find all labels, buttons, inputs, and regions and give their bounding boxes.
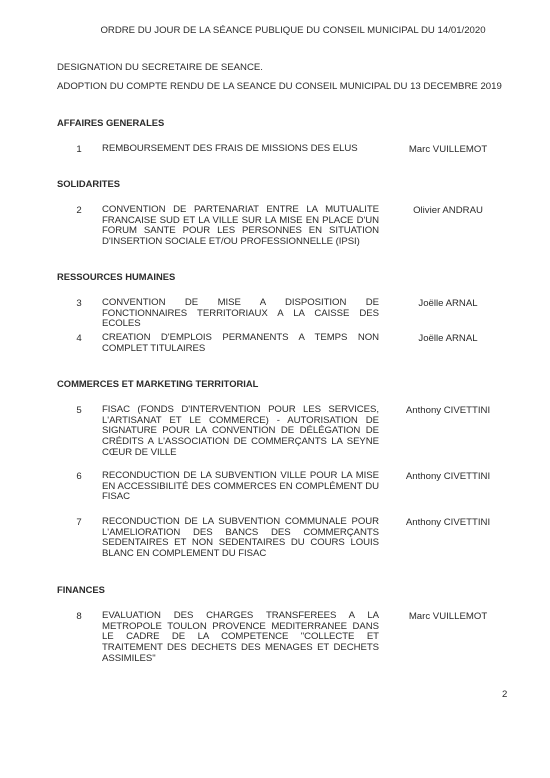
item-number: 8: [74, 611, 84, 622]
item-rapporteur: Joëlle ARNAL: [392, 298, 504, 309]
item-number: 1: [74, 144, 84, 155]
item-rapporteur: Anthony CIVETTINI: [392, 517, 504, 528]
section-heading: COMMERCES ET MARKETING TERRITORIAL: [57, 378, 258, 389]
item-number: 3: [74, 298, 84, 309]
item-text: EVALUATION DES CHARGES TRANSFEREES A LA …: [102, 611, 379, 665]
item-text: RECONDUCTION DE LA SUBVENTION VILLE POUR…: [102, 471, 379, 503]
item-number: 4: [74, 333, 84, 344]
item-text: CONVENTION DE PARTENARIAT ENTRE LA MUTUA…: [102, 205, 379, 248]
intro-designation: DESIGNATION DU SECRETAIRE DE SEANCE.: [57, 62, 263, 73]
item-rapporteur: Anthony CIVETTINI: [392, 405, 504, 416]
section-heading: SOLIDARITES: [57, 178, 120, 189]
item-number: 7: [74, 517, 84, 528]
item-number: 2: [74, 205, 84, 216]
item-text: RECONDUCTION DE LA SUBVENTION COMMUNALE …: [102, 517, 379, 560]
page-title: ORDRE DU JOUR DE LA SÉANCE PUBLIQUE DU C…: [0, 25, 550, 36]
item-text: CONVENTION DE MISE A DISPOSITION DE FONC…: [102, 298, 379, 330]
item-number: 5: [74, 405, 84, 416]
item-rapporteur: Marc VUILLEMOT: [392, 611, 504, 622]
intro-adoption: ADOPTION DU COMPTE RENDU DE LA SEANCE DU…: [57, 81, 502, 92]
item-rapporteur: Olivier ANDRAU: [392, 205, 504, 216]
item-number: 6: [74, 471, 84, 482]
item-rapporteur: Marc VUILLEMOT: [392, 144, 504, 155]
section-heading: FINANCES: [57, 584, 105, 595]
item-text: CREATION D'EMPLOIS PERMANENTS A TEMPS NO…: [102, 333, 379, 354]
section-heading: RESSOURCES HUMAINES: [57, 271, 175, 282]
item-rapporteur: Anthony CIVETTINI: [392, 471, 504, 482]
item-rapporteur: Joëlle ARNAL: [392, 333, 504, 344]
section-heading: AFFAIRES GENERALES: [57, 117, 164, 128]
item-text: FISAC (FONDS D'INTERVENTION POUR LES SER…: [102, 405, 379, 459]
item-text: REMBOURSEMENT DES FRAIS DE MISSIONS DES …: [102, 144, 379, 155]
page-number: 2: [502, 689, 507, 700]
